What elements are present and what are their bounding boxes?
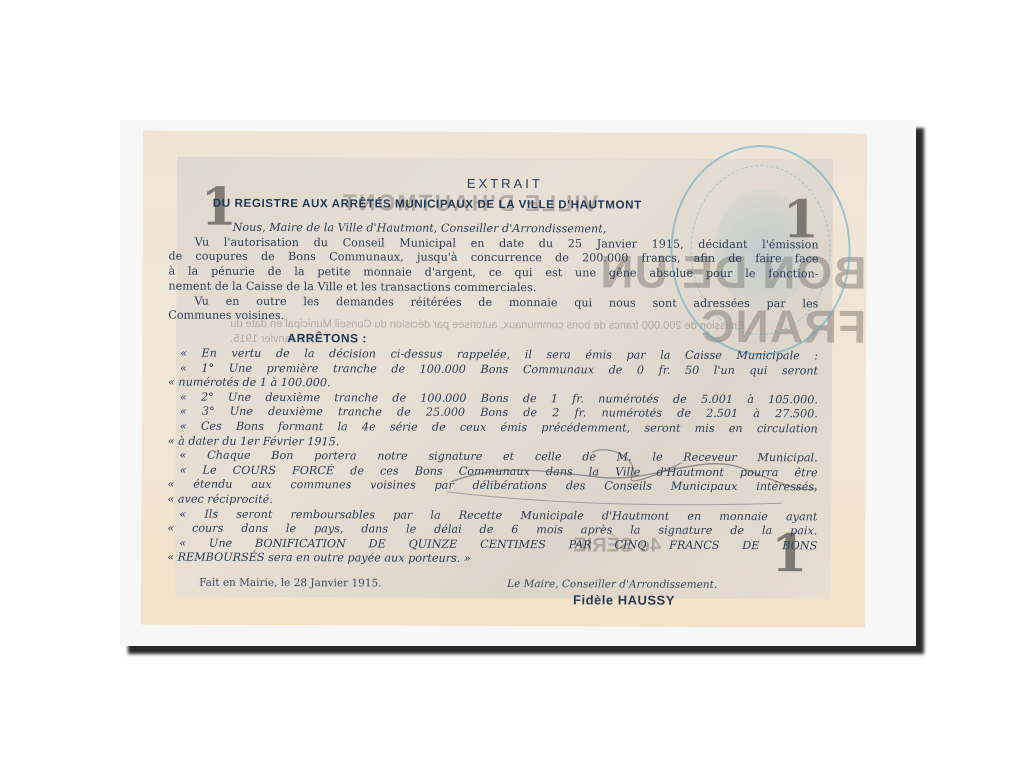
preamble-line: Vu en outre les demandes réitérées de mo… (194, 294, 818, 311)
preamble-line: Communes voisines. (168, 309, 284, 324)
articles-line: « REMBOURSÉS sera en outre payée aux por… (167, 551, 471, 567)
arretons-title: ARRÊTONS : (142, 330, 512, 346)
articles-line: « à dater du 1er Février 1915. (168, 434, 340, 449)
signatory-title: Le Maire, Conseiller d'Arrondissement. (507, 578, 717, 591)
signature-scribble-icon (441, 432, 821, 514)
place-date: Fait en Mairie, le 28 Janvier 1915. (199, 577, 382, 590)
signatory-name: Fidèle HAUSSY (573, 592, 675, 607)
preamble-line: Nous, Maire de la Ville d'Hautmont, Cons… (233, 221, 607, 237)
articles-line: « numérotés de 1 à 100.000. (168, 376, 331, 391)
subheading-registre: DU REGISTRE AUX ARRÊTÉS MUNICIPAUX DE LA… (213, 197, 642, 212)
banknote: VILLE D'HAUTMONT BON DE UN FRANC Émissio… (141, 130, 867, 627)
articles-line: « avec réciprocité. (167, 493, 272, 508)
preamble-line: nement de la Caisse de la Ville et les t… (168, 279, 536, 295)
heading-extrait: EXTRAIT (143, 174, 867, 192)
